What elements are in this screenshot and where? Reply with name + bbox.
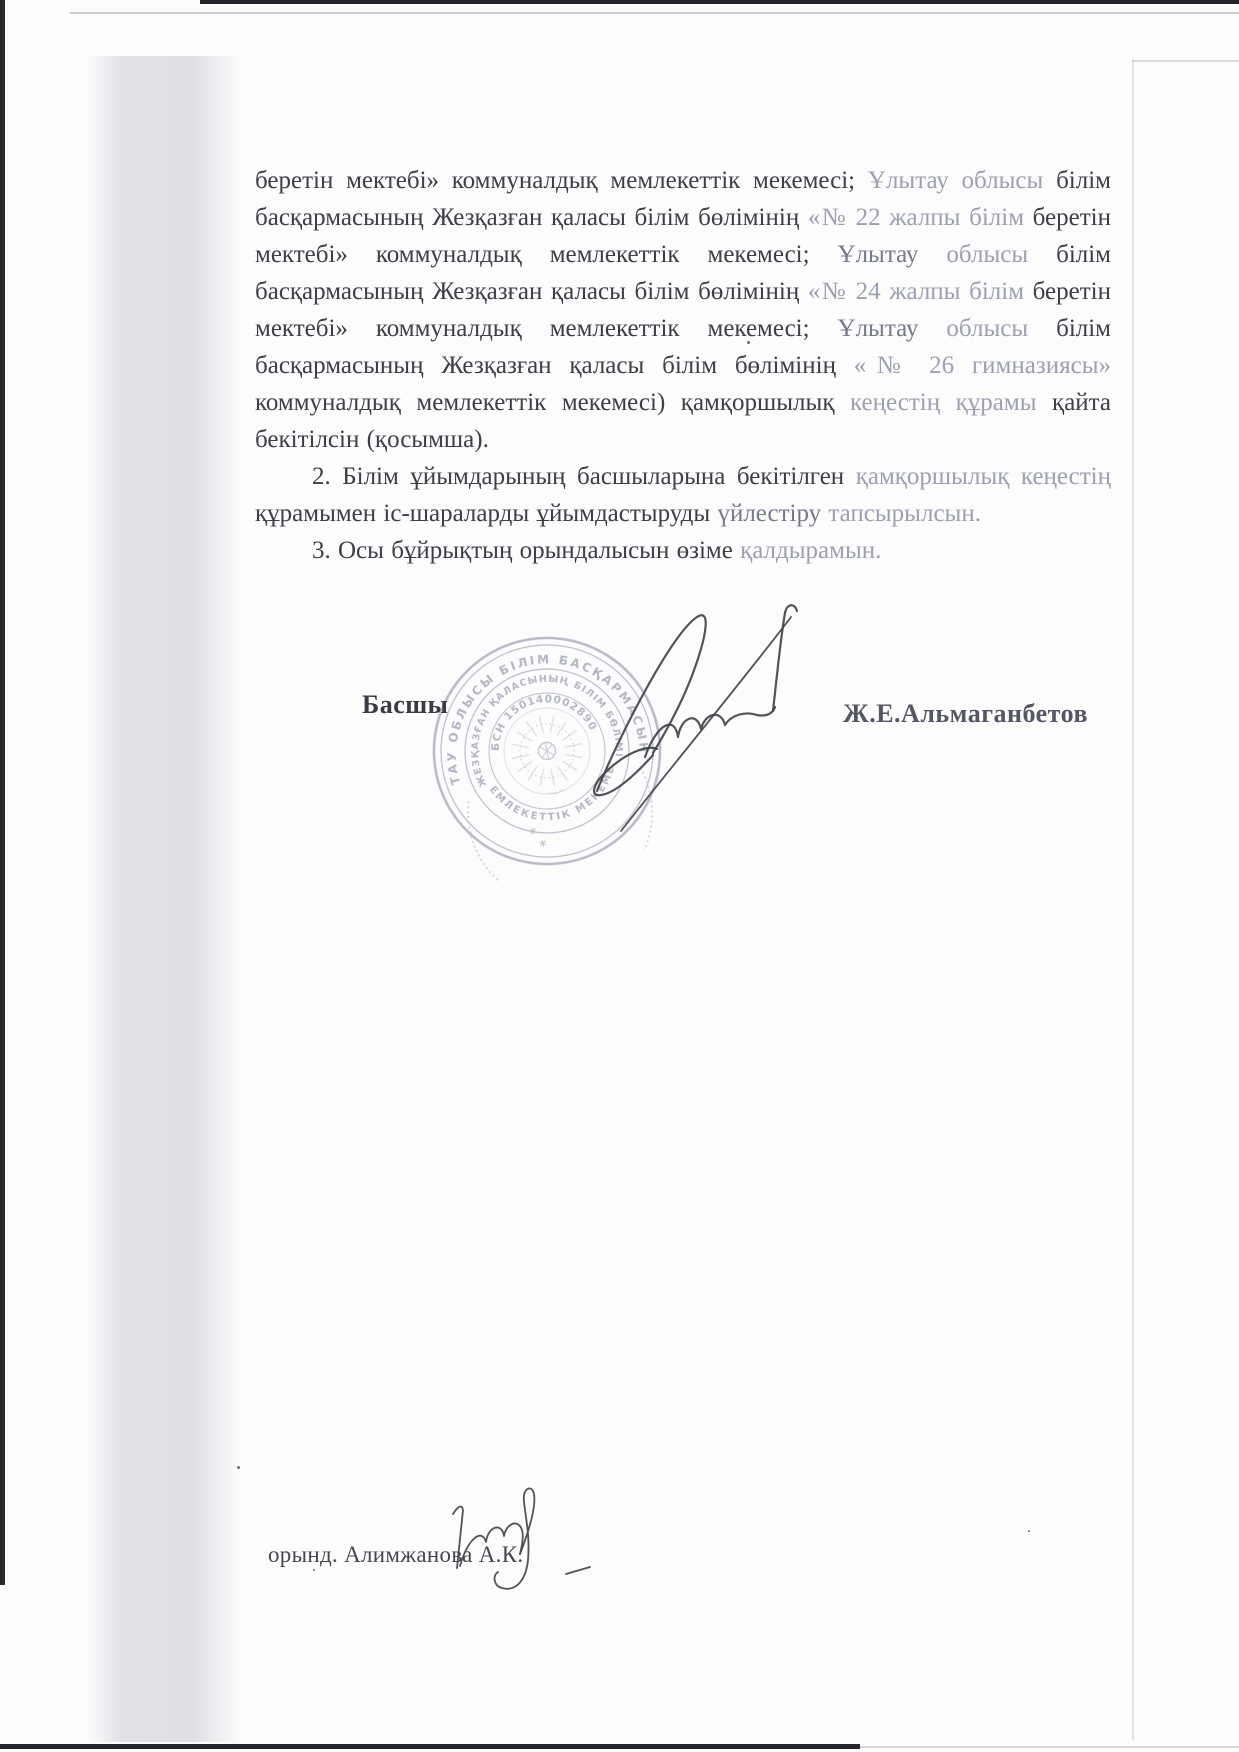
document-line: басқармасының Жезқазған қаласы білім бөл… [255,273,1111,310]
scan-edge-bottom-faint [860,1746,1239,1748]
scan-speck [1028,1530,1030,1532]
scan-speck [313,1569,315,1571]
scan-edge-top [200,0,1239,4]
text-segment: бекітілсін (қосымша). [255,426,489,453]
document-line: 3. Осы бұйрықтың орындалысын өзіме қалды… [255,532,1111,569]
underlying-page-edge-horizontal [1132,60,1239,62]
scan-shadow-band [88,56,240,1742]
text-segment: кеңестің құрамы [850,389,1052,416]
document-line: құрамымен іс-шараларды ұйымдастыруды үйл… [255,495,1111,532]
text-segment: «№ 26 гимназиясы» [854,352,1111,379]
document-line: басқармасының Жезқазған қаласы білім бөл… [255,347,1111,384]
document-line: мектебі» коммуналдық мемлекеттік мекемес… [255,236,1111,273]
text-segment: үйлестіру [717,500,828,527]
text-segment: басқармасының Жезқазған қаласы білім бөл… [255,352,854,379]
scan-hairline-top [70,12,1239,14]
text-segment: мектебі» коммуналдық мемлекеттік мекемес… [255,241,838,268]
text-segment: облысы [946,315,1056,342]
text-segment: қалдырамын. [740,537,881,564]
text-segment: қайта [1052,389,1111,416]
text-segment: беретін [1033,278,1111,305]
document-line: коммуналдық мемлекеттік мекемесі) қамқор… [255,384,1111,421]
text-segment: басқармасының Жезқазған қаласы білім бөл… [255,278,808,305]
text-segment: Ұлытау [838,315,947,342]
text-segment: басқармасының Жезқазған қаласы білім бөл… [255,204,808,231]
signoff-name: Ж.Е.Альмаганбетов [843,699,1088,729]
text-segment: Ұлытау [838,241,947,268]
text-segment: «№ 24 жалпы білім [808,278,1033,305]
text-segment: 3. Осы бұйрықтың орындалысын өзіме [312,537,740,564]
text-segment: беретін мектебі» коммуналдық мемлекеттік… [255,167,868,194]
text-segment: Ұлытау облысы [868,167,1056,194]
document-line: беретін мектебі» коммуналдық мемлекеттік… [255,162,1111,199]
document-line: мектебі» коммуналдық мемлекеттік мекемес… [255,310,1111,347]
text-segment: білім [1056,315,1111,342]
scan-speck [237,1466,240,1469]
document-line: 2. Білім ұйымдарының басшыларына бекітіл… [255,458,1111,495]
text-segment: «№ 22 жалпы білім [808,204,1033,231]
underlying-page-edge-vertical [1132,60,1134,1740]
document-line: бекітілсін (қосымша). [255,421,1111,458]
text-segment: 2. Білім ұйымдарының басшыларына бекітіл… [312,463,856,490]
text-segment: қамқоршылық кеңестің [856,463,1111,490]
signoff-title: Басшы [362,690,448,720]
director-signature [545,595,825,845]
text-segment: мектебі» коммуналдық мемлекеттік мекемес… [255,315,838,342]
scanned-page: беретін мектебі» коммуналдық мемлекеттік… [0,0,1239,1752]
document-line: басқармасының Жезқазған қаласы білім бөл… [255,199,1111,236]
document-body: беретін мектебі» коммуналдық мемлекеттік… [255,162,1111,569]
scan-edge-bottom [0,1744,860,1749]
text-segment: құрамымен іс-шараларды ұйымдастыруды [255,500,717,527]
text-segment: беретін [1033,204,1111,231]
executor-signature [438,1476,608,1616]
text-segment: коммуналдық мемлекеттік мекемесі) қамқор… [255,389,850,416]
text-segment: тапсырылсын. [828,500,981,527]
text-segment: облысы [946,241,1056,268]
text-segment: білім [1056,241,1111,268]
text-segment: білім [1056,167,1111,194]
scan-edge-left [0,0,5,1585]
